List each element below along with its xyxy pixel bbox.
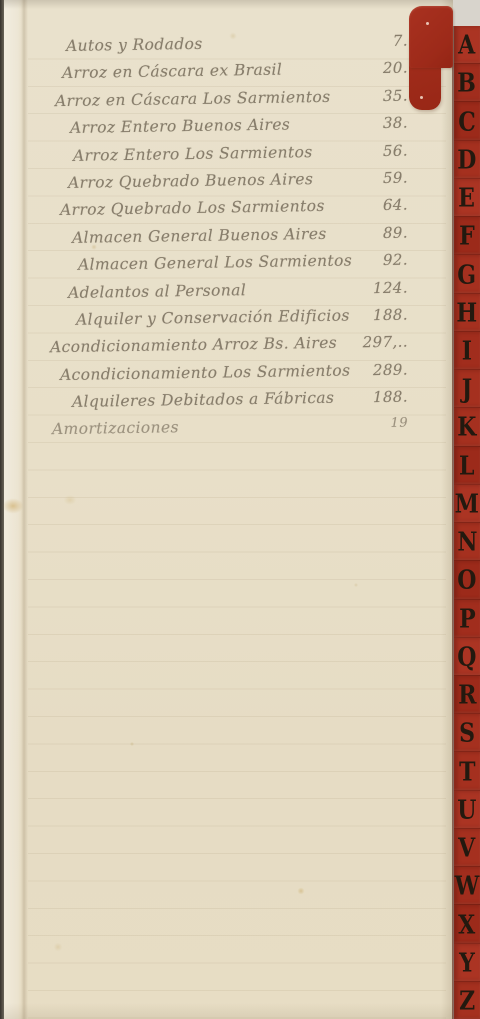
- tab-letter-label: O: [457, 567, 476, 593]
- entry-title: Almacen General Buenos Aires: [72, 224, 346, 246]
- entry-title: Alquiler y Conservación Edificios: [76, 306, 350, 328]
- tab-letter-label: X: [458, 911, 475, 937]
- tab-letter-k[interactable]: K: [454, 407, 480, 445]
- alphabet-tab-strip: A B C D E F G H I J K L M N O P Q R S T …: [452, 26, 480, 1019]
- entry-page-number: 188.: [350, 305, 421, 324]
- entry-title: Almacen General Los Sarmientos: [78, 251, 352, 273]
- entry-title: Arroz Entero Buenos Aires: [70, 114, 346, 136]
- entry-title: Acondicionamiento Arroz Bs. Aires: [50, 334, 346, 357]
- tab-letter-label: D: [457, 146, 476, 172]
- entry-page-number: 56.: [346, 141, 420, 160]
- tab-letter-a[interactable]: A: [454, 26, 480, 63]
- entry-page-number: 188.: [346, 387, 420, 406]
- tab-letter-label: C: [458, 108, 476, 134]
- tab-letter-label: H: [457, 299, 478, 325]
- entry-page-number: 92.: [352, 250, 420, 269]
- index-entry: Amortizaciones 19: [0, 410, 420, 444]
- tab-letter-h[interactable]: H: [454, 293, 480, 331]
- tab-letter-w[interactable]: W: [454, 866, 480, 904]
- tab-letter-u[interactable]: U: [454, 790, 480, 828]
- tab-letter-label: F: [459, 223, 475, 249]
- tab-letter-label: V: [458, 835, 475, 861]
- entry-title: Amortizaciones: [52, 416, 346, 439]
- tab-letter-j[interactable]: J: [454, 369, 480, 407]
- active-tab-a[interactable]: [409, 6, 455, 110]
- tab-letter-s[interactable]: S: [454, 713, 480, 751]
- tab-letter-b[interactable]: B: [454, 63, 480, 101]
- tab-letter-label: R: [458, 682, 476, 708]
- tab-letter-y[interactable]: Y: [454, 943, 480, 981]
- tab-letter-label: L: [459, 452, 474, 478]
- tab-letter-e[interactable]: E: [454, 178, 480, 216]
- tab-letter-label: T: [459, 758, 475, 784]
- tab-letter-o[interactable]: O: [454, 560, 480, 598]
- tab-letter-label: S: [459, 720, 475, 746]
- entry-title: Arroz Quebrado Los Sarmientos: [60, 197, 346, 219]
- entry-page-number: 124.: [346, 278, 420, 297]
- entry-page-number: 38.: [346, 113, 420, 132]
- tab-letter-r[interactable]: R: [454, 675, 480, 713]
- entry-page-number: 64.: [346, 195, 420, 214]
- tab-letter-label: A: [458, 32, 475, 58]
- tab-letter-c[interactable]: C: [454, 101, 480, 139]
- tab-letter-label: Z: [459, 987, 475, 1013]
- index-entry-list: Autos y Rodados 7. Arroz en Cáscara ex B…: [0, 33, 420, 444]
- tab-letter-label: W: [455, 873, 480, 899]
- entry-title: Arroz en Cáscara Los Sarmientos: [55, 87, 346, 110]
- entry-page-number: 89.: [346, 223, 420, 242]
- entry-title: Arroz en Cáscara ex Brasil: [62, 60, 346, 82]
- tab-letter-n[interactable]: N: [454, 522, 480, 560]
- entry-title: Adelantos al Personal: [68, 279, 346, 301]
- tab-letter-label: N: [457, 529, 477, 555]
- entry-title: Arroz Entero Los Sarmientos: [73, 142, 346, 164]
- tab-letter-z[interactable]: Z: [454, 981, 480, 1019]
- entry-page-number: 19: [346, 416, 420, 432]
- tab-letter-label: I: [462, 337, 472, 363]
- tab-letter-label: Y: [459, 949, 475, 975]
- ledger-photo: Autos y Rodados 7. Arroz en Cáscara ex B…: [0, 0, 480, 1019]
- tab-letter-t[interactable]: T: [454, 751, 480, 789]
- entry-page-number: 289.: [350, 360, 420, 379]
- tab-letter-label: U: [457, 796, 476, 822]
- entry-title: Arroz Quebrado Buenos Aires: [68, 169, 346, 191]
- entry-title: Acondicionamiento Los Sarmientos: [60, 361, 351, 384]
- tab-letter-f[interactable]: F: [454, 216, 480, 254]
- tab-letter-label: J: [462, 376, 472, 402]
- tab-letter-q[interactable]: Q: [454, 637, 480, 675]
- tab-letter-x[interactable]: X: [454, 904, 480, 942]
- entry-page-number: 59.: [346, 168, 420, 187]
- tab-letter-label: P: [459, 605, 476, 631]
- entry-page-number: 297,..: [346, 332, 420, 351]
- entry-title: Autos y Rodados: [66, 32, 346, 54]
- tab-letter-label: B: [458, 70, 477, 96]
- tab-letter-p[interactable]: P: [454, 599, 480, 637]
- tab-letter-label: M: [455, 490, 479, 516]
- tab-letter-d[interactable]: D: [454, 140, 480, 178]
- tab-letter-l[interactable]: L: [454, 446, 480, 484]
- tab-letter-label: E: [459, 185, 476, 211]
- tab-letter-label: Q: [457, 643, 476, 669]
- active-tab-shape-top: [409, 6, 453, 68]
- tab-letter-v[interactable]: V: [454, 828, 480, 866]
- entry-title: Alquileres Debitados a Fábricas: [72, 388, 346, 410]
- tab-letter-label: G: [458, 261, 477, 287]
- tab-letter-label: K: [457, 414, 476, 440]
- tab-letter-m[interactable]: M: [454, 484, 480, 522]
- tab-letter-i[interactable]: I: [454, 331, 480, 369]
- tab-letter-g[interactable]: G: [454, 254, 480, 292]
